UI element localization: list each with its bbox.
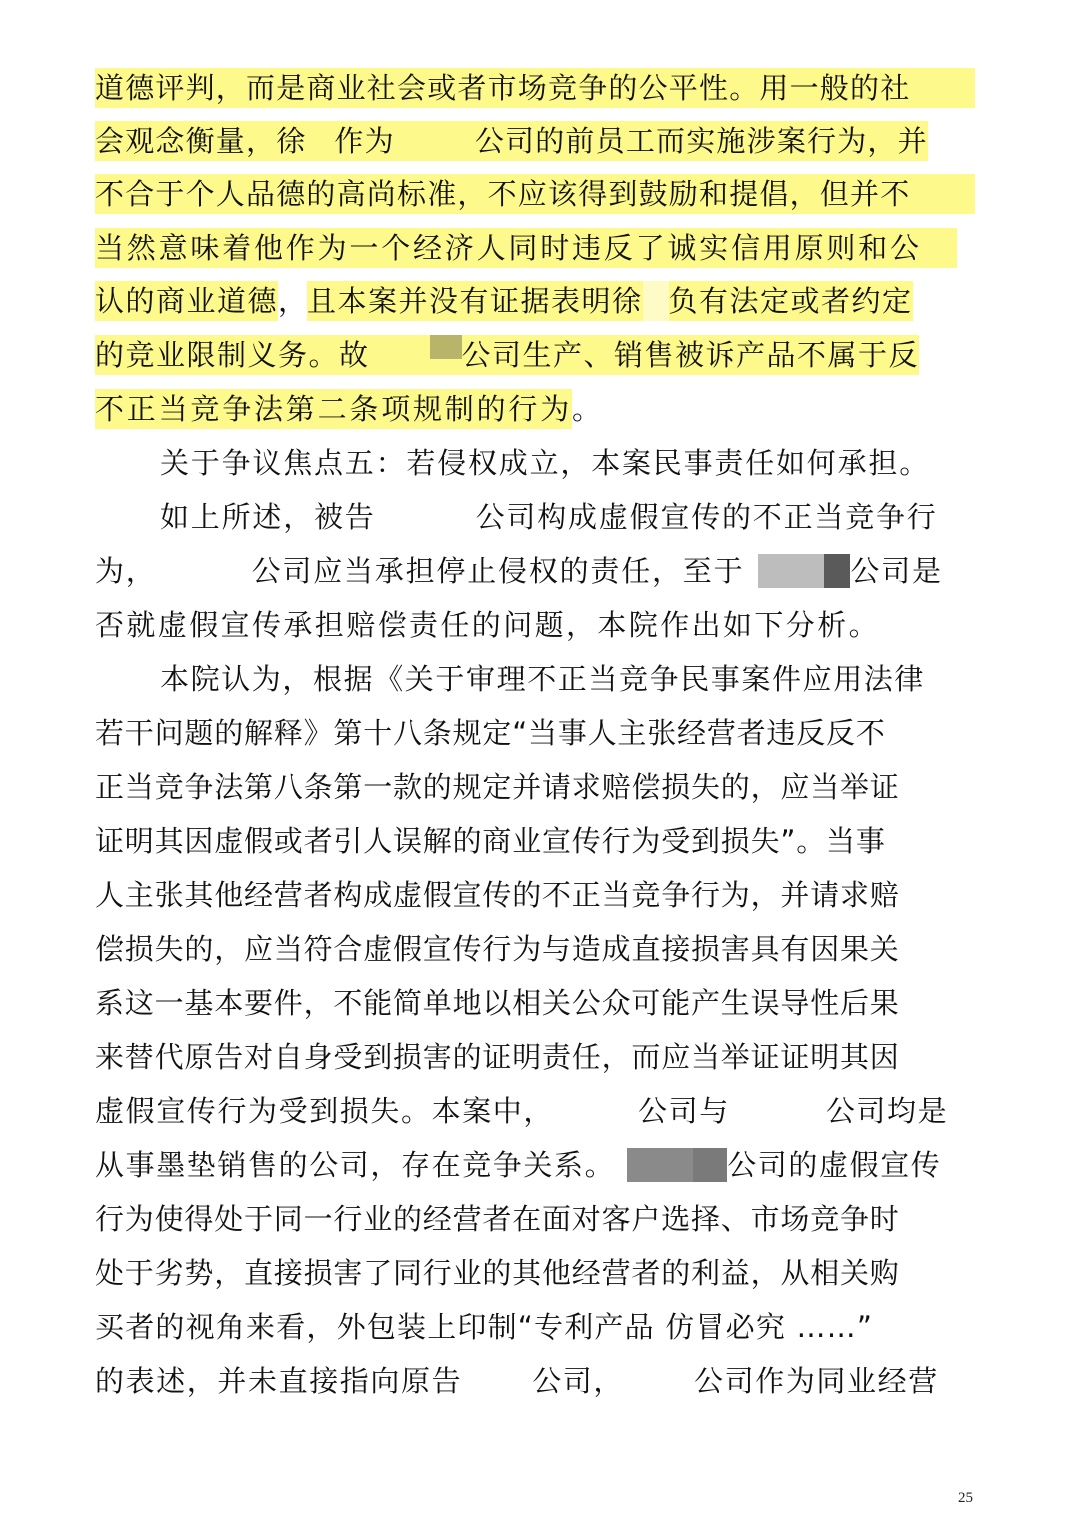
text: 来替代原告对自身受到损害的证明责任，而应当举证证明其因 (95, 1037, 900, 1077)
text-line: 为， 公司应当承担停止侵权的责任，至于 公司是 (95, 549, 975, 593)
highlighted-text: 认的商业道德 (95, 281, 278, 321)
text-line: 本院认为，根据《关于审理不正当竞争民事案件应用法律 (160, 657, 975, 701)
redaction-block (730, 1091, 826, 1131)
redaction-block (554, 1091, 638, 1131)
highlighted-text: 负有法定或者约定 (669, 281, 913, 321)
redaction-block-mid-gray-dark (693, 1148, 727, 1182)
text: ， (278, 281, 307, 321)
text-line: 买者的视角来看，外包装上印制“专利产品 仿冒必究 ……” (95, 1305, 975, 1349)
text-line: 的表述，并未直接指向原告 公司， 公司作为同业经营 (95, 1359, 975, 1403)
text: 公司的虚假宣传 (727, 1145, 941, 1185)
redaction-block (306, 121, 334, 161)
text: 买者的视角来看，外包装上印制“专利产品 仿冒必究 ……” (95, 1307, 873, 1347)
redaction-block (395, 121, 475, 161)
text-line: 不合于个人品德的高尚标准，不应该得到鼓励和提倡，但并不 (95, 172, 975, 216)
text-line: 证明其因虚假或者引人误解的商业宣传行为受到损失”。当事 (95, 819, 975, 863)
text: 公司， (532, 1361, 624, 1401)
text: 否就虚假宣传承担赔偿责任的问题，本院作出如下分析。 (95, 605, 880, 645)
text-line: 行为使得处于同一行业的经营者在面对客户选择、市场竞争时 (95, 1197, 975, 1241)
text-line: 道德评判，而是商业社会或者市场竞争的公平性。用一般的社 (95, 66, 975, 110)
text: 处于劣势，直接损害了同行业的其他经营者的利益，从相关购 (95, 1253, 900, 1293)
text: 。 (572, 389, 601, 429)
highlighted-text: 的竞业限制义务。故 (95, 335, 370, 375)
text-line: 当然意味着他作为一个经济人同时违反了诚实信用原则和公 (95, 226, 975, 270)
redaction-block-dark-gray (824, 554, 850, 588)
highlighted-text: 当然意味着他作为一个经济人同时违反了诚实信用原则和公 (95, 228, 957, 268)
redaction-block (643, 281, 669, 321)
text: 偿损失的，应当符合虚假宣传行为与造成直接损害具有因果关 (95, 929, 900, 969)
highlighted-text: 不合于个人品德的高尚标准，不应该得到鼓励和提倡，但并不 (95, 174, 975, 214)
text: 公司构成虚假宣传的不正当竞争行 (476, 497, 938, 537)
redaction-block (462, 1361, 532, 1401)
section-heading: 关于争议焦点五：若侵权成立，本案民事责任如何承担。 (160, 441, 975, 485)
redaction-block (430, 335, 462, 375)
text: 公司是 (850, 551, 942, 591)
text: 如上所述，被告 (160, 497, 376, 537)
text-line: 不正当竞争法第二条项规制的行为 。 (95, 387, 975, 431)
text: 本院认为，根据《关于审理不正当竞争民事案件应用法律 (160, 659, 925, 699)
text: 若干问题的解释》第十八条规定“当事人主张经营者违反反不 (95, 713, 886, 753)
text-line: 系这一基本要件，不能简单地以相关公众可能产生误导性后果 (95, 981, 975, 1025)
text: 虚假宣传行为受到损失。本案中， (95, 1091, 554, 1131)
text: 公司与 (638, 1091, 730, 1131)
text-line: 的竞业限制义务。故 公司生产、销售被诉产品不属于反 (95, 333, 975, 377)
text: 公司作为同业经营 (694, 1361, 939, 1401)
redaction-block (624, 1361, 694, 1401)
highlighted-text: 作为 (334, 121, 394, 161)
text: 人主张其他经营者构成虚假宣传的不正当竞争行为，并请求赔 (95, 875, 900, 915)
text-line: 来替代原告对自身受到损害的证明责任，而应当举证证明其因 (95, 1035, 975, 1079)
redaction-block-light-gray (758, 554, 824, 588)
highlighted-text: 会观念衡量，徐 (95, 121, 306, 161)
document-page: 道德评判，而是商业社会或者市场竞争的公平性。用一般的社 会观念衡量，徐 作为 公… (0, 0, 1074, 1519)
text: 系这一基本要件，不能简单地以相关公众可能产生误导性后果 (95, 983, 900, 1023)
text: 正当竞争法第八条第一款的规定并请求赔偿损失的，应当举证 (95, 767, 900, 807)
text-line: 人主张其他经营者构成虚假宣传的不正当竞争行为，并请求赔 (95, 873, 975, 917)
redaction-block (157, 551, 252, 591)
text: 证明其因虚假或者引人误解的商业宣传行为受到损失”。当事 (95, 821, 886, 861)
text: 为， (95, 551, 157, 591)
redaction-block (376, 497, 476, 537)
text: 行为使得处于同一行业的经营者在面对客户选择、市场竞争时 (95, 1199, 900, 1239)
page-number: 25 (958, 1490, 973, 1507)
redaction-block (370, 335, 430, 375)
redaction-block-olive (430, 335, 462, 359)
text-line: 处于劣势，直接损害了同行业的其他经营者的利益，从相关购 (95, 1251, 975, 1295)
text: 公司应当承担停止侵权的责任，至于 (252, 551, 745, 591)
highlighted-text: 公司生产、销售被诉产品不属于反 (462, 335, 920, 375)
text-line: 会观念衡量，徐 作为 公司的前员工而实施涉案行为，并 (95, 119, 975, 163)
text-line: 正当竞争法第八条第一款的规定并请求赔偿损失的，应当举证 (95, 765, 975, 809)
spacer (744, 551, 758, 591)
highlighted-text: 且本案并没有证据表明徐 (307, 281, 643, 321)
highlighted-text: 公司的前员工而实施涉案行为，并 (475, 121, 928, 161)
spacer (615, 1145, 627, 1185)
highlighted-text: 道德评判，而是商业社会或者市场竞争的公平性。用一般的社 (95, 68, 975, 108)
text-line: 若干问题的解释》第十八条规定“当事人主张经营者违反反不 (95, 711, 975, 755)
text: 公司均是 (826, 1091, 948, 1131)
text-line: 认的商业道德 ， 且本案并没有证据表明徐 负有法定或者约定 (95, 279, 975, 323)
redaction-block-mid-gray (627, 1148, 693, 1182)
text: 从事墨垫销售的公司，存在竞争关系。 (95, 1145, 615, 1185)
text: 关于争议焦点五：若侵权成立，本案民事责任如何承担。 (160, 443, 930, 483)
text-line: 否就虚假宣传承担赔偿责任的问题，本院作出如下分析。 (95, 603, 975, 647)
text-line: 如上所述，被告 公司构成虚假宣传的不正当竞争行 (160, 495, 975, 539)
text-line: 虚假宣传行为受到损失。本案中， 公司与 公司均是 (95, 1089, 975, 1133)
text: 的表述，并未直接指向原告 (95, 1361, 462, 1401)
text-line: 从事墨垫销售的公司，存在竞争关系。 公司的虚假宣传 (95, 1143, 975, 1187)
highlighted-text: 不正当竞争法第二条项规制的行为 (95, 389, 572, 429)
text-line: 偿损失的，应当符合虚假宣传行为与造成直接损害具有因果关 (95, 927, 975, 971)
